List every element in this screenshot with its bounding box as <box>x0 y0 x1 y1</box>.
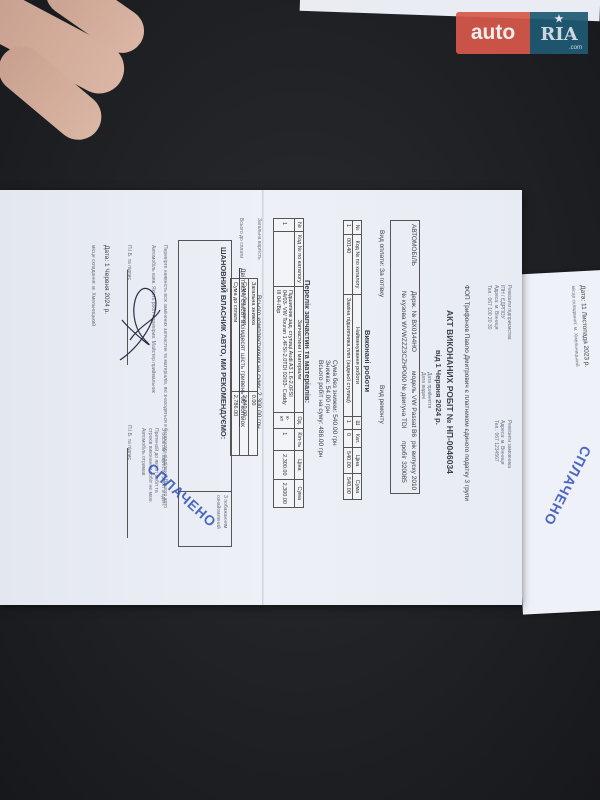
sign-line-right <box>127 448 128 538</box>
footer-date: Дата: 1 Червня 2024 р. <box>103 245 110 314</box>
table-row: 1Підшипник зад. ступиці Audi A3 1.6-2.0F… <box>274 219 295 508</box>
watermark-ria: ★ RIA .com <box>530 12 588 54</box>
parts-title: Перелік запчастин та матеріалів: <box>303 280 312 403</box>
customer-details: Реквізити замовникаАдреса: м. ВінницяТел… <box>493 420 513 468</box>
act-title: АКТ ВИКОНАНИХ РОБІТ № НП-0046034 <box>445 310 455 474</box>
paid-stamp: СПЛАЧЕНО <box>541 443 595 528</box>
works-totals: Сума без знижки: 540.00 грнЗнижка: 54.00… <box>317 360 338 458</box>
payment-type: Вид оплати: За готівку <box>378 230 385 297</box>
footer-sub: місце складання: м. Хмельницький <box>90 245 97 326</box>
act-date: від 1 Червня 2024 р. <box>434 350 443 425</box>
repair-type: Вид ремонту <box>378 385 385 424</box>
page-fold <box>262 190 265 605</box>
date-issue: Дата видачі <box>420 372 427 399</box>
side-sheet-date: Дата: 11 Листопада 2023 р. <box>579 285 590 368</box>
signature <box>110 280 170 370</box>
works-total-line: Всього робіт на суму: 486.00 грн <box>317 360 324 458</box>
works-title: Виконані роботи <box>363 330 372 392</box>
autoria-watermark: auto ★ RIA .com <box>456 12 588 54</box>
table-row: 100140Заміна підшипника пліп (задньої ст… <box>344 221 353 500</box>
side-sheet-sub: місце складання: м. Хмельницький <box>569 285 580 366</box>
payer-note: ФОП Трифонов Павло Дмитрович є платником… <box>463 285 470 501</box>
parts-table: №Код № по каталогуЗапчастини і матеріали… <box>273 218 304 508</box>
table-row: Загальна знижка0.00 <box>249 279 258 456</box>
total-pay-label: Всього до сплати <box>238 218 245 258</box>
work-completion-act: Реквізити підприємстваІПН / ЄДРПОУ Адрес… <box>0 190 522 605</box>
works-total-line: Сума без знижки: 540.00 грн <box>331 360 338 458</box>
table-header: №Код № по каталогуНайменування роботиШКа… <box>353 221 362 500</box>
watermark-auto: auto <box>456 12 530 54</box>
star-icon: ★ <box>555 14 564 25</box>
car-box: АВТОМОБІЛЬ Держ. № ВХ0144НО модель VW Pa… <box>390 220 420 494</box>
works-table: №Код № по каталогуНайменування роботиШКа… <box>343 220 362 500</box>
works-total-line: Знижка: 54.00 грн <box>324 360 331 458</box>
table-header: №Код № по каталогуЗапчастини і матеріали… <box>295 219 304 508</box>
hand <box>0 0 170 140</box>
supplier-details: Реквізити підприємстваІПН / ЄДРПОУ Адрес… <box>486 285 512 340</box>
date-accept: Дата прийняття <box>426 372 433 408</box>
amount-in-words: Дві тисячі сімсот вісімдесят шість гриве… <box>239 268 246 427</box>
total-cost-label: Загальна вартість <box>256 218 263 260</box>
